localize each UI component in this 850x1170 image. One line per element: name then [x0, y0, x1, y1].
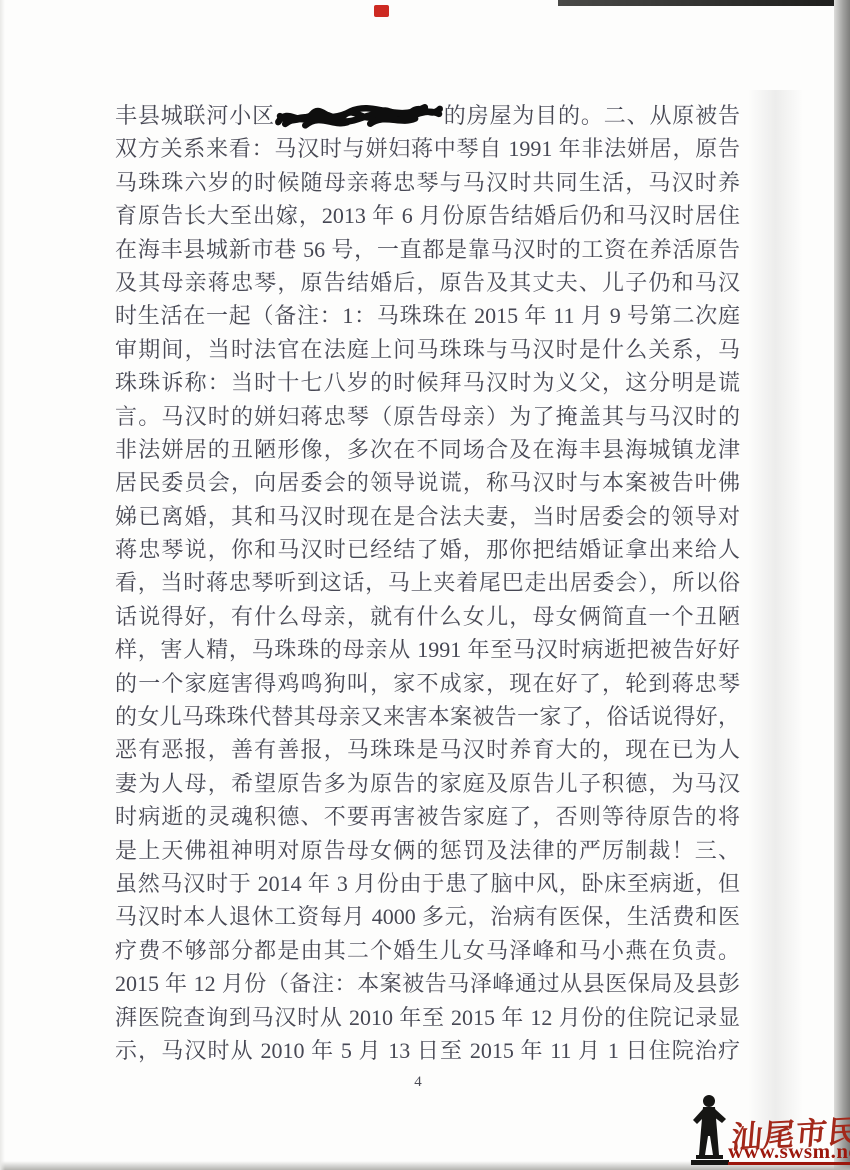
scan-border-left [0, 0, 5, 1170]
text-line: 妻为人母，希望原告多为原告的家庭及原告儿子积德，为马汉 [115, 767, 740, 800]
text-line: 的一个家庭害得鸡鸣狗叫，家不成家，现在好了，轮到蒋忠琴 [115, 667, 740, 700]
text-line: 在海丰县城新市巷 56 号，一直都是靠马汉时的工资在养活原告 [115, 233, 740, 266]
text-line: 居民委员会，向居委会的领导说谎，称马汉时与本案被告叶佛 [115, 466, 740, 499]
text-line: 的女儿马珠珠代替其母亲又来害本案被告一家了，俗话说得好， [115, 700, 740, 733]
scan-border-top [558, 0, 850, 6]
text-line-1: 丰县城联河小区 的房屋为目的。二、从原被告 [115, 99, 740, 132]
text-line: 非法姘居的丑陋形像，多次在不同场合及在海丰县海城镇龙津 [115, 433, 740, 466]
red-seal-mark [374, 5, 389, 17]
text-line: 马汉时本人退休工资每月 4000 多元，治病有医保，生活费和医 [115, 900, 740, 933]
text-line: 恶有恶报，善有善报，马珠珠是马汉时养育大的，现在已为人 [115, 733, 740, 766]
line1-suffix: 的房屋为目的。二、从原被告 [443, 103, 740, 128]
text-line: 双方关系来看：马汉时与姘妇蒋中琴自 1991 年非法姘居，原告 [115, 132, 740, 165]
text-line: 2015 年 12 月份（备注：本案被告马泽峰通过从县医保局及县彭 [115, 967, 740, 1000]
text-line: 样，害人精，马珠珠的母亲从 1991 年至马汉时病逝把被告好好 [115, 633, 740, 666]
text-line: 蒋忠琴说，你和马汉时已经结了婚，那你把结婚证拿出来给人 [115, 533, 740, 566]
text-line: 及其母亲蒋忠琴，原告结婚后，原告及其丈夫、儿子仍和马汉 [115, 266, 740, 299]
text-line: 看，当时蒋忠琴听到这话，马上夹着尾巴走出居委会），所以俗 [115, 566, 740, 599]
scan-shading [748, 90, 803, 1140]
page-number: 4 [400, 1074, 436, 1091]
swsm-watermark: 汕尾市民网 www.swsm.net [682, 1094, 850, 1166]
document-body: 丰县城联河小区 的房屋为目的。二、从原被告 双方关系来看：马汉时与姘妇蒋中琴自 … [115, 99, 740, 1067]
text-line: 是上天佛祖神明对原告母女俩的惩罚及法律的严厉制裁！三、 [115, 834, 740, 867]
text-lines: 双方关系来看：马汉时与姘妇蒋中琴自 1991 年非法姘居，原告马珠珠六岁的时候随… [115, 132, 740, 1067]
redaction-scribble [275, 100, 444, 130]
scan-border-right [834, 0, 850, 1170]
text-line: 虽然马汉时于 2014 年 3 月份由于患了脑中风，卧床至病逝，但 [115, 867, 740, 900]
person-silhouette-icon [688, 1094, 732, 1166]
text-line: 言。马汉时的姘妇蒋忠琴（原告母亲）为了掩盖其与马汉时的 [115, 400, 740, 433]
text-line: 娣已离婚，其和马汉时现在是合法夫妻，当时居委会的领导对 [115, 500, 740, 533]
text-line: 珠珠诉称：当时十七八岁的时候拜马汉时为义父，这分明是谎 [115, 366, 740, 399]
text-line: 时生活在一起（备注：1：马珠珠在 2015 年 11 月 9 号第二次庭 [115, 299, 740, 332]
text-line: 马珠珠六岁的时候随母亲蒋忠琴与马汉时共同生活，马汉时养 [115, 166, 740, 199]
text-line: 育原告长大至出嫁，2013 年 6 月份原告结婚后仍和马汉时居住 [115, 199, 740, 232]
text-line: 疗费不够部分都是由其二个婚生儿女马泽峰和马小燕在负责。 [115, 934, 740, 967]
text-line: 话说得好，有什么母亲，就有什么女儿，母女俩简直一个丑陋 [115, 600, 740, 633]
text-line: 时病逝的灵魂积德、不要再害被告家庭了，否则等待原告的将 [115, 800, 740, 833]
text-line: 审期间，当时法官在法庭上问马珠珠与马汉时是什么关系，马 [115, 333, 740, 366]
text-line: 湃医院查询到马汉时从 2010 年至 2015 年 12 月份的住院记录显 [115, 1001, 740, 1034]
watermark-site-url: www.swsm.net [728, 1140, 850, 1165]
text-line: 示，马汉时从 2010 年 5 月 13 日至 2015 年 11 月 1 日住… [115, 1034, 740, 1067]
line1-prefix: 丰县城联河小区 [115, 103, 275, 128]
scanned-document-page: 丰县城联河小区 的房屋为目的。二、从原被告 双方关系来看：马汉时与姘妇蒋中琴自 … [0, 0, 850, 1170]
